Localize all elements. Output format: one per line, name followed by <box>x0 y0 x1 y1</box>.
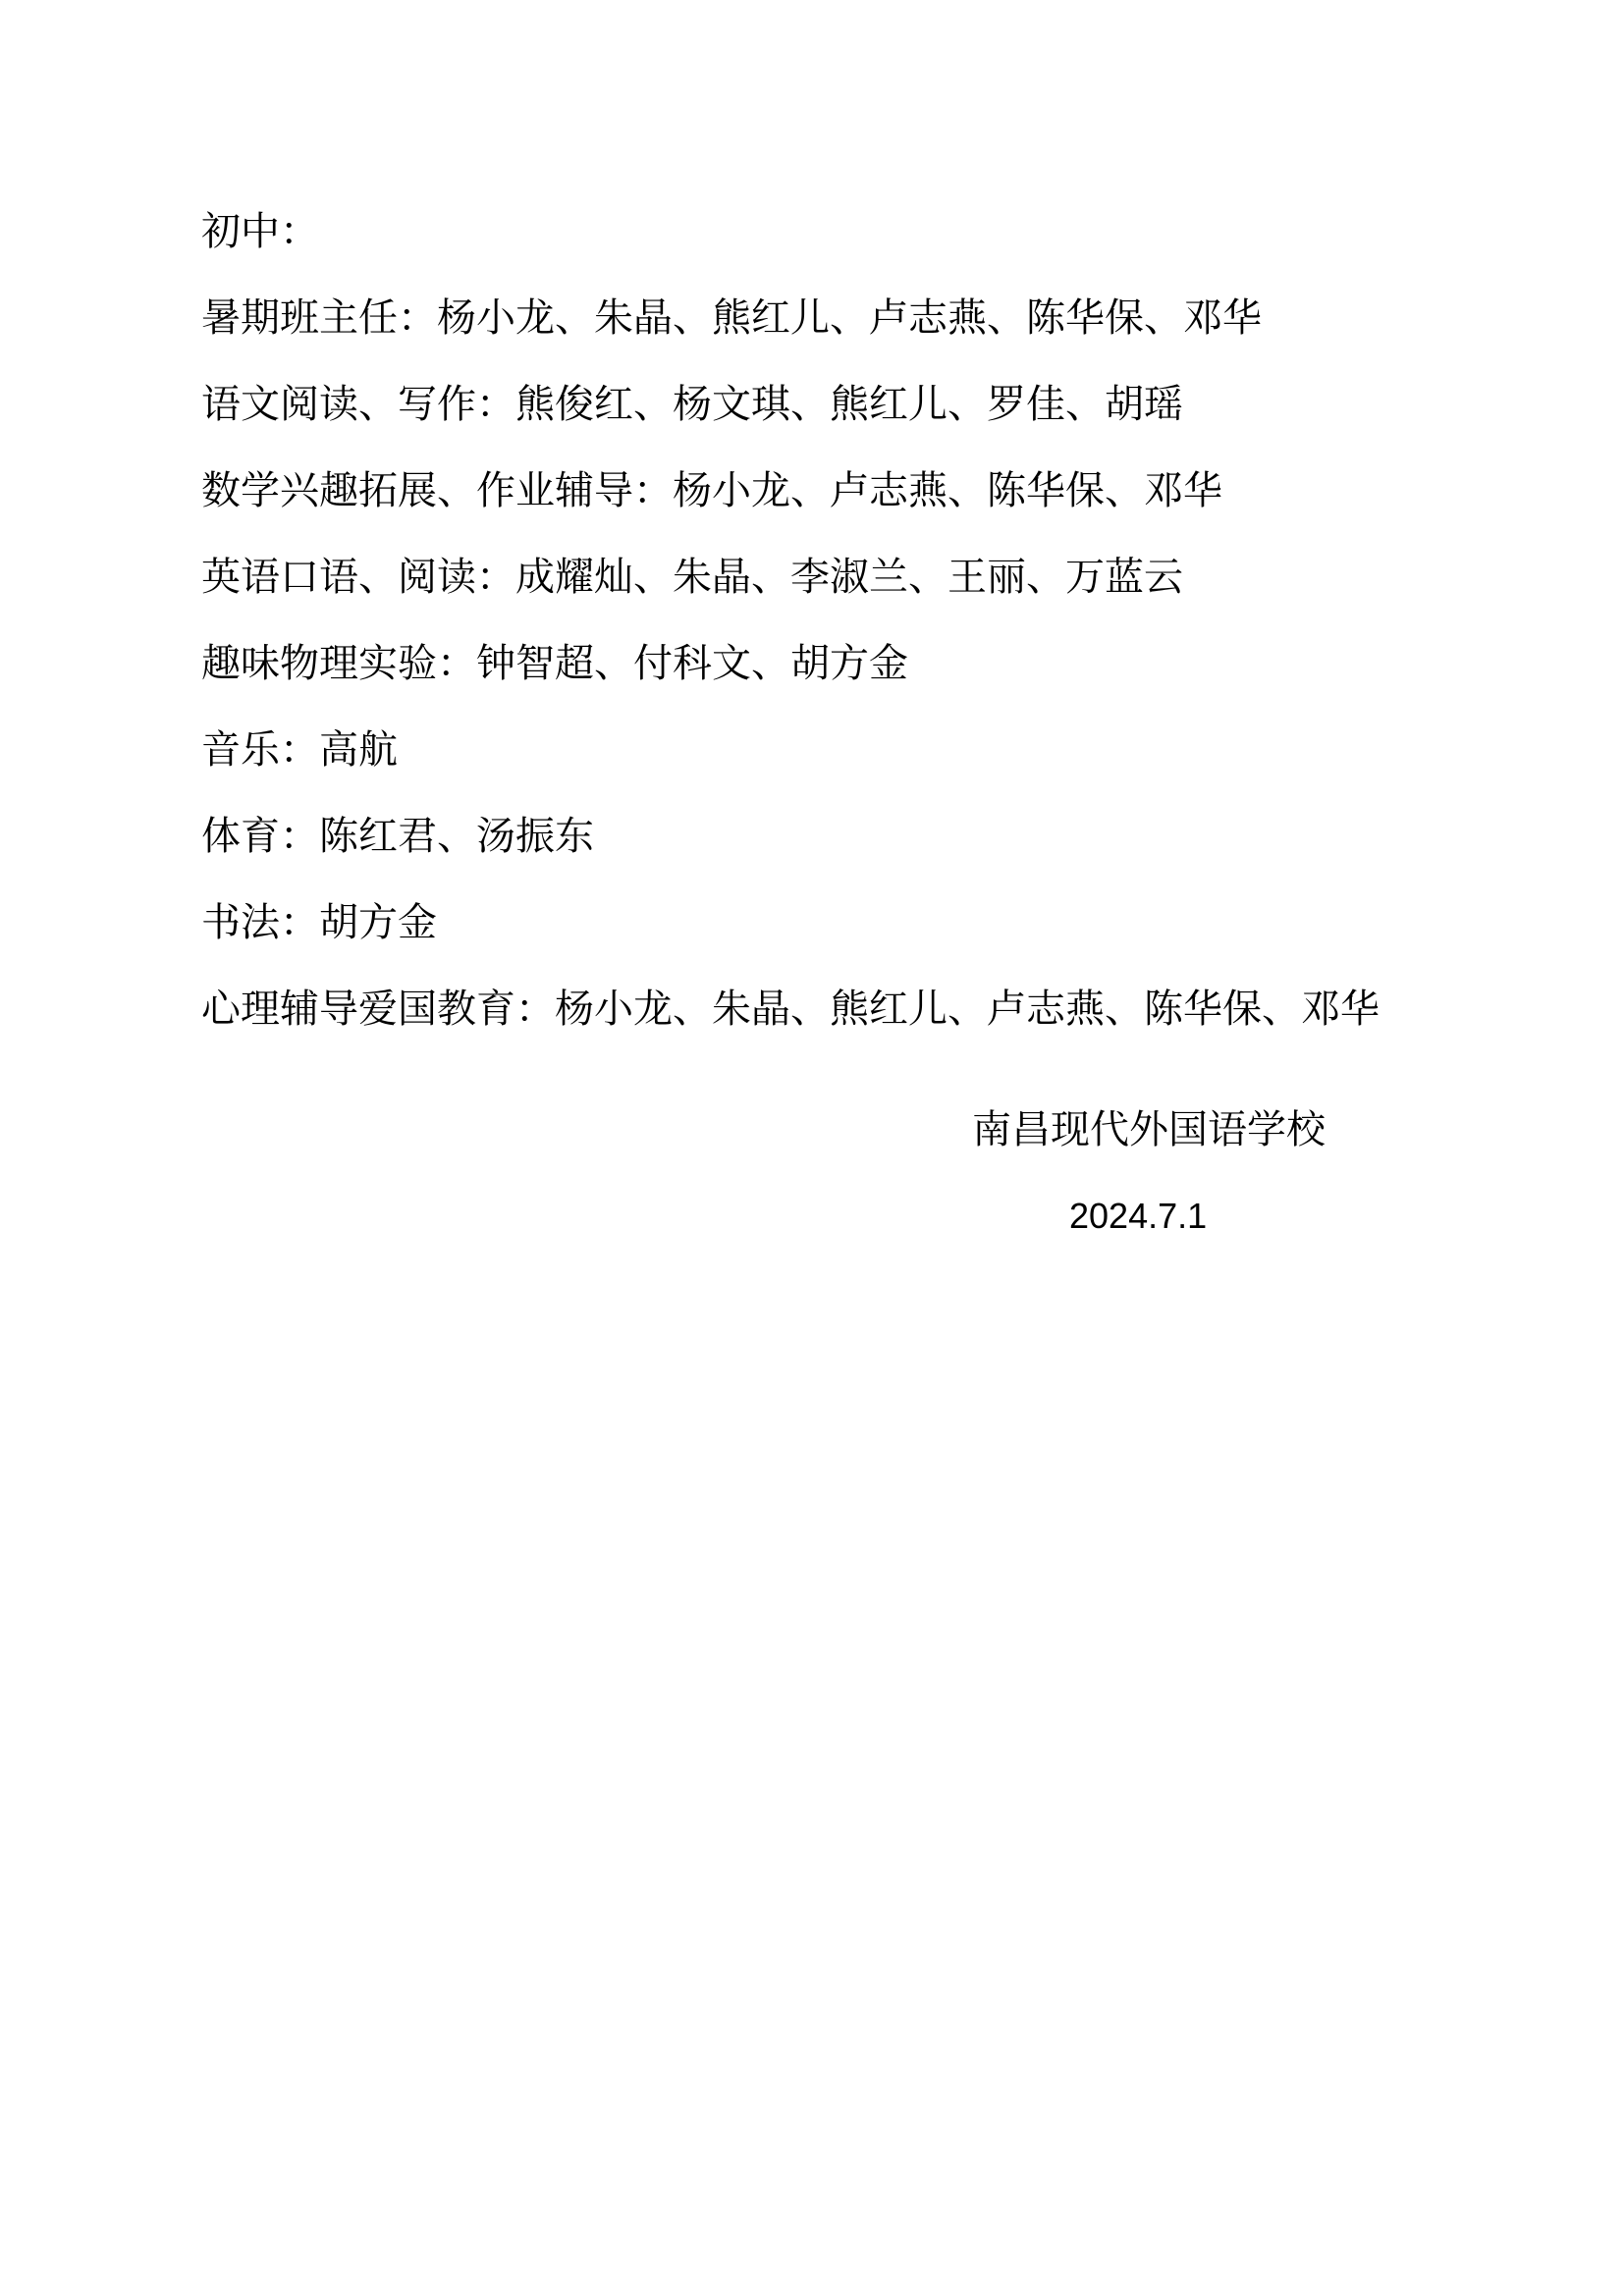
teacher-line-pe: 体育：陈红君、汤振东 <box>201 813 1429 860</box>
teacher-line-homeroom: 暑期班主任：杨小龙、朱晶、熊红儿、卢志燕、陈华保、邓华 <box>201 294 1429 342</box>
teacher-line-chinese-reading-writing: 语文阅读、写作：熊俊红、杨文琪、熊红儿、罗佳、胡瑶 <box>201 381 1429 428</box>
document-content: 初中： 暑期班主任：杨小龙、朱晶、熊红儿、卢志燕、陈华保、邓华 语文阅读、写作：… <box>201 208 1429 1240</box>
signature-date: 2024.7.1 <box>201 1193 1429 1240</box>
section-title: 初中： <box>201 208 1429 255</box>
teacher-line-calligraphy: 书法：胡方金 <box>201 899 1429 946</box>
teacher-line-physics-experiment: 趣味物理实验：钟智超、付科文、胡方金 <box>201 640 1429 687</box>
teacher-line-math-homework: 数学兴趣拓展、作业辅导：杨小龙、卢志燕、陈华保、邓华 <box>201 467 1429 514</box>
teacher-line-music: 音乐：高航 <box>201 726 1429 774</box>
signature-school-name: 南昌现代外国语学校 <box>201 1106 1429 1153</box>
teacher-line-english: 英语口语、阅读：成耀灿、朱晶、李淑兰、王丽、万蓝云 <box>201 554 1429 601</box>
document-page: 初中： 暑期班主任：杨小龙、朱晶、熊红儿、卢志燕、陈华保、邓华 语文阅读、写作：… <box>0 0 1624 2296</box>
teacher-line-psychology-patriotic: 心理辅导爱国教育：杨小龙、朱晶、熊红儿、卢志燕、陈华保、邓华 <box>201 986 1429 1033</box>
